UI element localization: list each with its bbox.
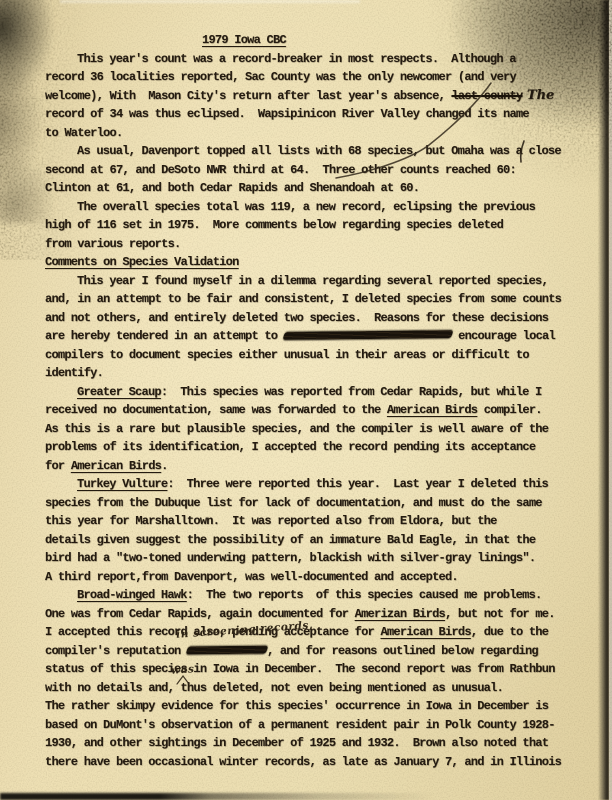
typed-text: from various reports. — [45, 237, 180, 251]
typed-text: compiler. — [477, 403, 542, 417]
typed-text: This year I found myself in a dilemma re… — [77, 274, 548, 288]
text-line: As this is a rare but plausible species,… — [45, 420, 570, 439]
text-line: for American Birds. — [45, 457, 570, 476]
typed-text: This year's count was a record-breaker i… — [77, 52, 516, 66]
text-line: species from the Dubuque list for lack o… — [45, 494, 570, 513]
text-line: Turkey Vulture: Three were reported this… — [45, 475, 570, 494]
struck-out-text: last county — [451, 89, 522, 103]
typed-text: , and for reasons outlined below regardi… — [267, 644, 538, 658]
typed-text: The overall species total was 119, a new… — [77, 200, 535, 214]
typed-text: received no documentation, same was forw… — [45, 403, 387, 417]
text-line: with no details and, thus deleted, not e… — [45, 679, 570, 698]
section-heading: Comments on Species Validation — [45, 253, 570, 272]
text-line: The overall species total was 119, a new… — [45, 198, 570, 217]
typed-text: high of 116 set in 1975. More comments b… — [45, 218, 503, 232]
document-page: 1979 Iowa CBCThis year's count was a rec… — [0, 0, 612, 800]
typed-text: with no details and, thus deleted, not e… — [45, 681, 503, 695]
ink-redaction-scribble — [282, 330, 453, 340]
typed-text: compiler's reputation — [45, 644, 187, 658]
text-line: bird had a "two-toned underwing pattern,… — [45, 549, 570, 568]
text-line: this year for Marshalltown. It was repor… — [45, 512, 570, 531]
typed-text: One was from Cedar Rapids, again documen… — [45, 607, 355, 621]
text-line: details given suggest the possibility of… — [45, 531, 570, 550]
typed-text: and, in an attempt to be fair and consis… — [45, 292, 561, 306]
text-line: based on DuMont's observation of a perma… — [45, 716, 570, 735]
text-line: I accepted this record also, pending acc… — [45, 623, 570, 642]
text-line: This year's count was a record-breaker i… — [45, 50, 570, 69]
text-line: problems of its identification, I accept… — [45, 438, 570, 457]
scan-edge-strip-bottom — [0, 793, 440, 800]
typed-text: bird had a "two-toned underwing pattern,… — [45, 551, 535, 565]
typed-text: this year for Marshalltown. It was repor… — [45, 514, 497, 528]
text-line: record 36 localities reported, Sac Count… — [45, 68, 570, 87]
text-line: there have been occasional winter record… — [45, 753, 570, 772]
typed-text: The rather skimpy evidence for this spec… — [45, 699, 548, 713]
typed-text: welcome), With Mason City's return after… — [45, 89, 451, 103]
typed-text: : This species was reported from Cedar R… — [161, 385, 542, 399]
typed-text: , due to the — [471, 625, 548, 639]
ink-redaction-scribble — [186, 645, 269, 654]
text-line: and, in an attempt to be fair and consis… — [45, 290, 570, 309]
text-line: Clinton at 61, and both Cedar Rapids and… — [45, 179, 570, 198]
typed-text: there have been occasional winter record… — [45, 755, 561, 769]
text-line: As usual, Davenport topped all lists wit… — [45, 142, 570, 161]
typed-text: record of 34 was thus eclipsed. Wapsipin… — [45, 107, 529, 121]
typed-text: based on DuMont's observation of a perma… — [45, 718, 555, 732]
typed-text: As usual, Davenport topped all lists wit… — [77, 144, 561, 158]
typed-text: encourage local — [452, 329, 555, 343]
scan-edge-shadow-right — [598, 0, 609, 800]
underlined-text: Broad-winged Hawk — [77, 588, 187, 602]
typed-text: second at 67, and DeSoto NWR third at 64… — [45, 163, 516, 177]
typed-text: As this is a rare but plausible species,… — [45, 422, 548, 436]
handwritten-inline-text: The — [522, 88, 554, 103]
underlined-text: American Birds — [71, 459, 161, 473]
text-line: from various reports. — [45, 235, 570, 254]
typed-text: are hereby tendered in an attempt to — [45, 329, 284, 343]
typed-text: : The two reports of this species caused… — [187, 588, 542, 602]
typed-text: identify. — [45, 366, 103, 380]
typed-text: , but not for me. — [445, 607, 555, 621]
text-line: high of 116 set in 1975. More comments b… — [45, 216, 570, 235]
underlined-text: American Birds — [380, 625, 470, 639]
typed-text: for — [45, 459, 71, 473]
typed-text: status of this species in Iowa in Decemb… — [45, 662, 555, 676]
typed-text: details given suggest the possibility of… — [45, 533, 535, 547]
typed-text: A third report,from Davenport, was well-… — [45, 570, 458, 584]
text-block: 1979 Iowa CBCThis year's count was a rec… — [45, 31, 570, 771]
underlined-text: Greater Scaup — [77, 385, 161, 399]
scan-edge-light-top — [60, 0, 360, 3]
text-line: Greater Scaup: This species was reported… — [45, 383, 570, 402]
text-line: are hereby tendered in an attempt to enc… — [45, 327, 570, 346]
text-line: and not others, and entirely deleted two… — [45, 309, 570, 328]
text-line: 1930, and other sightings in December of… — [45, 734, 570, 753]
text-line: Broad-winged Hawk: The two reports of th… — [45, 586, 570, 605]
text-line: status of this species in Iowa in Decemb… — [45, 660, 570, 679]
text-line: This year I found myself in a dilemma re… — [45, 272, 570, 291]
text-line: second at 67, and DeSoto NWR third at 64… — [45, 161, 570, 180]
text-line: received no documentation, same was forw… — [45, 401, 570, 420]
typed-text: compilers to document species either unu… — [45, 348, 529, 362]
document-title: 1979 Iowa CBC — [45, 31, 570, 50]
underlined-text: Turkey Vulture — [77, 477, 167, 491]
underlined-text: Comments on Species Validation — [45, 255, 239, 269]
text-line: One was from Cedar Rapids, again documen… — [45, 605, 570, 624]
typed-text: . — [161, 459, 167, 473]
typed-text: I accepted this record also, pending acc… — [45, 625, 380, 639]
underlined-text: 1979 Iowa CBC — [202, 33, 286, 47]
underlined-text: Amerizan Birds — [355, 607, 445, 621]
typed-text: : Three were reported this year. Last ye… — [167, 477, 548, 491]
text-line: A third report,from Davenport, was well-… — [45, 568, 570, 587]
text-line: The rather skimpy evidence for this spec… — [45, 697, 570, 716]
text-line: compiler's reputation , and for reasons … — [45, 642, 570, 661]
typed-text: 1930, and other sightings in December of… — [45, 736, 548, 750]
typed-text: problems of its identification, I accept… — [45, 440, 535, 454]
text-line: record of 34 was thus eclipsed. Wapsipin… — [45, 105, 570, 124]
text-line: to Waterloo. — [45, 124, 570, 143]
typed-text: and not others, and entirely deleted two… — [45, 311, 548, 325]
typed-text: Clinton at 61, and both Cedar Rapids and… — [45, 181, 419, 195]
underlined-text: American Birds — [387, 403, 477, 417]
text-line: compilers to document species either unu… — [45, 346, 570, 365]
typed-text: to Waterloo. — [45, 126, 122, 140]
text-line: identify. — [45, 364, 570, 383]
text-line: welcome), With Mason City's return after… — [45, 87, 570, 106]
typed-text: species from the Dubuque list for lack o… — [45, 496, 542, 510]
typed-text: record 36 localities reported, Sac Count… — [45, 70, 516, 84]
